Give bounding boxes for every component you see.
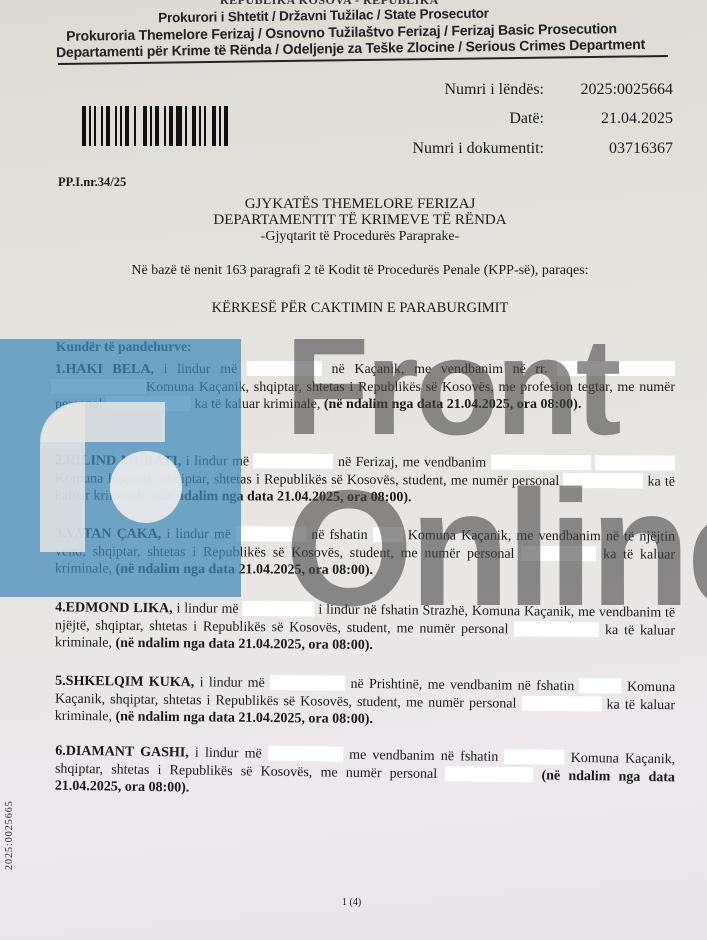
- addressee-line-3: -Gjyqtarit të Procedurës Paraprake-: [60, 229, 660, 245]
- redaction: [270, 675, 345, 691]
- intro-text: Në bazë të nenit 163 paragrafi 2 të Kodi…: [60, 263, 660, 279]
- redaction: [521, 695, 601, 711]
- reference-number: PP.I.nr.34/25: [58, 175, 126, 190]
- meta-label: Numri i lëndës:: [444, 81, 544, 99]
- addressee-line-2: DEPARTAMENTIT TË KRIMEVE TË RËNDA: [60, 212, 660, 229]
- logo-bar: [40, 402, 165, 442]
- suspect-name: SHKELQIM KUKA,: [66, 674, 195, 690]
- watermark-logo-icon: [0, 339, 241, 597]
- side-stamp: 2025:0025665: [4, 800, 15, 870]
- meta-value: 03716367: [609, 140, 673, 158]
- suspect-name: DIAMANT GASHI,: [66, 744, 189, 761]
- watermark-online: Online: [285, 466, 707, 631]
- meta-document-number: Numri i dokumentit: 03716367: [0, 140, 707, 160]
- suspect-number: 5.: [55, 674, 66, 689]
- suspect-number: 6.: [55, 744, 66, 759]
- redaction: [268, 746, 343, 762]
- suspect-entry: 6.DIAMANT GASHI, i lindur më me vendbani…: [55, 743, 676, 804]
- redaction: [504, 749, 564, 765]
- meta-value: 2025:0025664: [581, 81, 673, 99]
- watermark-front: Front: [285, 318, 618, 456]
- suspect-text: i lindur më: [176, 601, 238, 617]
- detention-note: (në ndalim nga data 21.04.2025, ora 08:0…: [115, 709, 373, 727]
- meta-label: Numri i dokumentit:: [412, 140, 544, 158]
- suspect-text: i lindur më: [200, 675, 265, 691]
- meta-date: Datë: 21.04.2025: [0, 110, 707, 130]
- meta-value: 21.04.2025: [601, 110, 673, 128]
- page-number: 1 (4): [342, 897, 361, 908]
- suspect-entry: 5.SHKELQIM KUKA, i lindur më në Prishtin…: [55, 673, 676, 732]
- meta-label: Datë:: [509, 110, 544, 128]
- suspect-number: 4.: [55, 600, 66, 615]
- suspect-text: me vendbanim në fshatin: [349, 748, 498, 765]
- document-page: REPUBLIKA KOSOVA - REPUBLIKA Prokurori i…: [0, 0, 707, 940]
- addressee-line-1: GJYKATËS THEMELORE FERIZAJ: [60, 196, 660, 213]
- meta-case-number: Numri i lëndës: 2025:0025664: [0, 81, 707, 101]
- redaction: [580, 678, 622, 693]
- suspect-name: EDMOND LIKA,: [66, 600, 173, 616]
- logo-dot: [110, 451, 182, 523]
- suspect-text: i lindur më: [195, 746, 262, 762]
- redaction: [445, 766, 533, 782]
- suspect-text: në Prishtinë, me vendbanim në fshatin: [350, 677, 574, 694]
